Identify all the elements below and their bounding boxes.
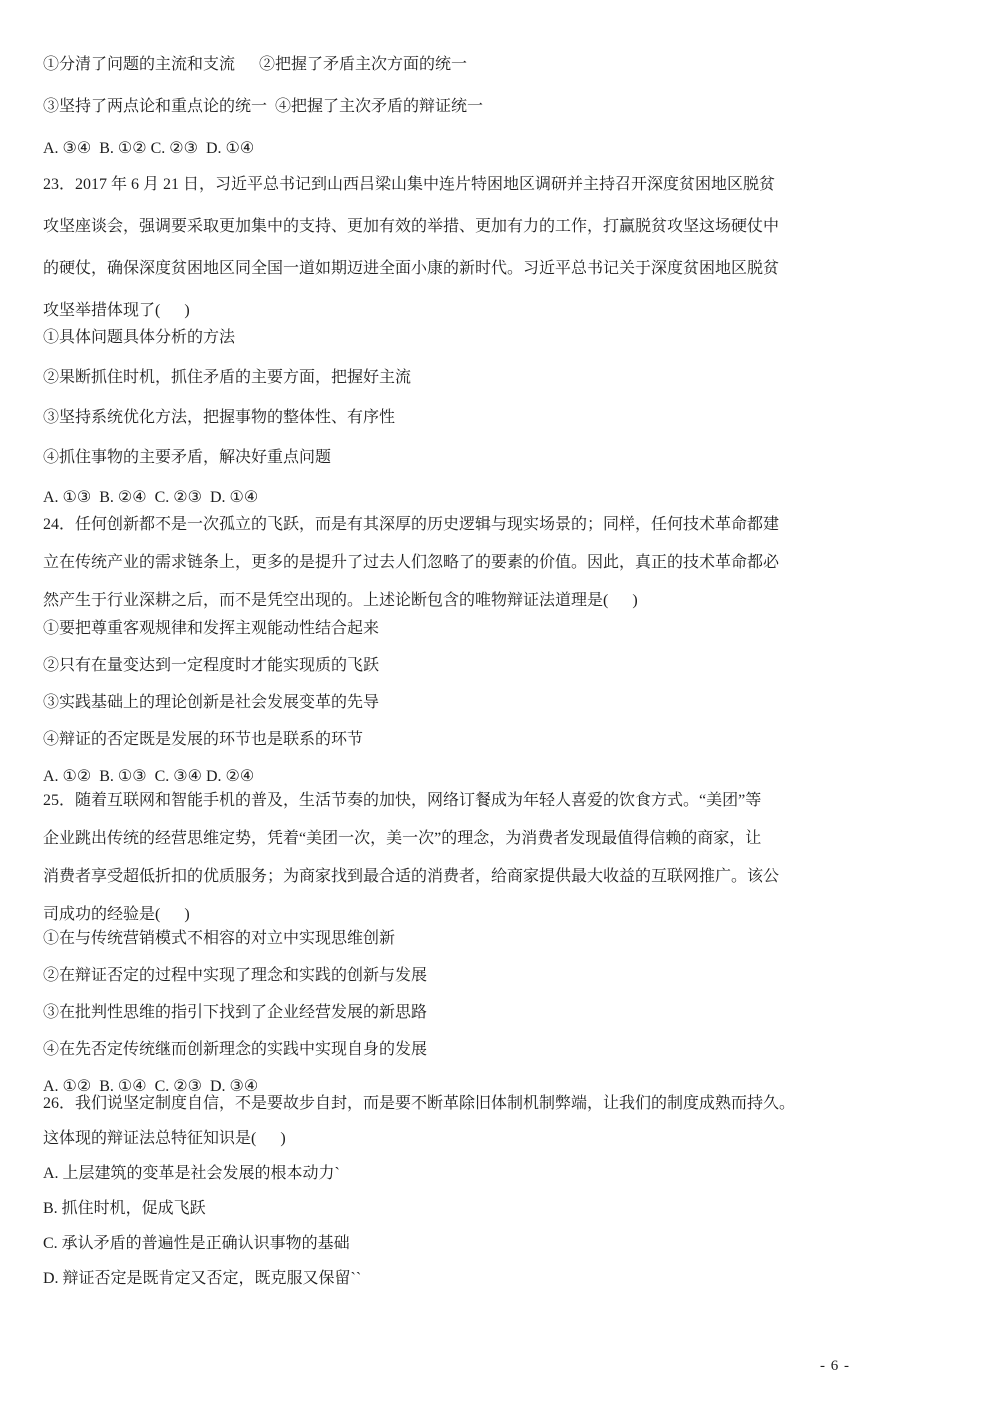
text-line: A. 上层建筑的变革是社会发展的根本动力` <box>43 1156 943 1191</box>
text-line: ①在与传统营销模式不相容的对立中实现思维创新 <box>43 920 943 957</box>
question-23-options: ①具体问题具体分析的方法②果断抓住时机，抓住矛盾的主要方面，把握好主流③坚持系统… <box>43 318 943 518</box>
text-line: 立在传统产业的需求链条上，更多的是提升了过去人们忽略了的要素的价值。因此，真正的… <box>43 544 943 582</box>
exam-document-page: ①分清了问题的主流和支流 ②把握了矛盾主次方面的统一③坚持了两点论和重点论的统一… <box>0 0 992 1403</box>
text-line: 23．2017 年 6 月 21 日，习近平总书记到山西吕梁山集中连片特困地区调… <box>43 164 943 206</box>
text-line: ②只有在量变达到一定程度时才能实现质的飞跃 <box>43 647 943 684</box>
question-24-options: ①要把尊重客观规律和发挥主观能动性结合起来②只有在量变达到一定程度时才能实现质的… <box>43 610 943 795</box>
text-line: ①具体问题具体分析的方法 <box>43 318 943 358</box>
text-line: ③实践基础上的理论创新是社会发展变革的先导 <box>43 684 943 721</box>
text-line: C. 承认矛盾的普遍性是正确认识事物的基础 <box>43 1226 943 1261</box>
question-25-options: ①在与传统营销模式不相容的对立中实现思维创新②在辩证否定的过程中实现了理念和实践… <box>43 920 943 1105</box>
text-line: ①分清了问题的主流和支流 ②把握了矛盾主次方面的统一 <box>43 44 943 86</box>
text-line: 攻坚座谈会，强调要采取更加集中的支持、更加有效的举措、更加有力的工作，打赢脱贫攻… <box>43 206 943 248</box>
text-line: ③坚持系统优化方法，把握事物的整体性、有序性 <box>43 398 943 438</box>
text-line: B. 抓住时机，促成飞跃 <box>43 1191 943 1226</box>
text-line: ④在先否定传统继而创新理念的实践中实现自身的发展 <box>43 1031 943 1068</box>
text-line: 26．我们说坚定制度自信，不是要故步自封，而是要不断革除旧体制机制弊端，让我们的… <box>43 1086 943 1121</box>
text-line: ①要把尊重客观规律和发挥主观能动性结合起来 <box>43 610 943 647</box>
text-line: D. 辩证否定是既肯定又否定，既克服又保留`` <box>43 1261 943 1296</box>
text-line: ④辩证的否定既是发展的环节也是联系的环节 <box>43 721 943 758</box>
text-line: 24．任何创新都不是一次孤立的飞跃，而是有其深厚的历史逻辑与现实场景的；同样，任… <box>43 506 943 544</box>
page-number: - 6 - <box>820 1358 850 1375</box>
text-line: ③在批判性思维的指引下找到了企业经营发展的新思路 <box>43 994 943 1031</box>
text-line: 企业跳出传统的经营思维定势，凭着“美团一次，美一次”的理念，为消费者发现最值得信… <box>43 820 943 858</box>
question-23-stem: 23．2017 年 6 月 21 日，习近平总书记到山西吕梁山集中连片特困地区调… <box>43 164 943 332</box>
question-26: 26．我们说坚定制度自信，不是要故步自封，而是要不断革除旧体制机制弊端，让我们的… <box>43 1086 943 1296</box>
text-line: 消费者享受超低折扣的优质服务；为商家找到最合适的消费者，给商家提供最大收益的互联… <box>43 858 943 896</box>
text-line: ②果断抓住时机，抓住矛盾的主要方面，把握好主流 <box>43 358 943 398</box>
text-line: ④抓住事物的主要矛盾，解决好重点问题 <box>43 438 943 478</box>
question-25-stem: 25．随着互联网和智能手机的普及，生活节奏的加快，网络订餐成为年轻人喜爱的饮食方… <box>43 782 943 934</box>
text-line: 25．随着互联网和智能手机的普及，生活节奏的加快，网络订餐成为年轻人喜爱的饮食方… <box>43 782 943 820</box>
question-22-options: ①分清了问题的主流和支流 ②把握了矛盾主次方面的统一③坚持了两点论和重点论的统一… <box>43 44 943 170</box>
text-line: 这体现的辩证法总特征知识是( ) <box>43 1121 943 1156</box>
text-line: 的硬仗，确保深度贫困地区同全国一道如期迈进全面小康的新时代。习近平总书记关于深度… <box>43 248 943 290</box>
question-24-stem: 24．任何创新都不是一次孤立的飞跃，而是有其深厚的历史逻辑与现实场景的；同样，任… <box>43 506 943 620</box>
text-line: ③坚持了两点论和重点论的统一 ④把握了主次矛盾的辩证统一 <box>43 86 943 128</box>
text-line: ②在辩证否定的过程中实现了理念和实践的创新与发展 <box>43 957 943 994</box>
